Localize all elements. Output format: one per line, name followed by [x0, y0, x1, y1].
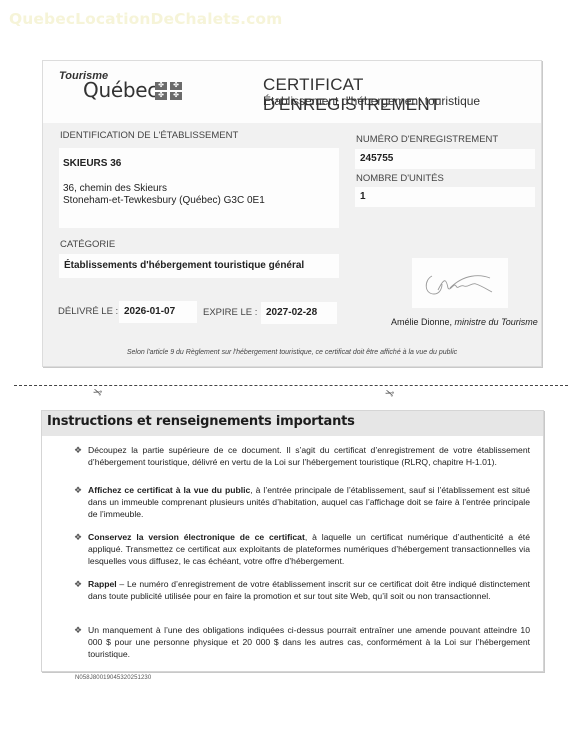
registration-number: 245755	[355, 149, 535, 169]
bullet-icon: ❖	[74, 444, 82, 456]
fleur-de-lis-flag-icon: ✤ ✤ ✤ ✤	[155, 82, 182, 100]
document-code: N058J80019045320251230	[75, 675, 151, 681]
scissors-icon: ✂	[91, 384, 104, 399]
instruction-text: – Le numéro d’enregistrement de votre ét…	[88, 579, 530, 601]
category-label: CATÉGORIE	[60, 239, 115, 250]
bullet-icon: ❖	[74, 531, 82, 543]
instruction-item: ❖ Conservez la version électronique de c…	[74, 531, 530, 568]
signature-icon	[420, 264, 500, 302]
watermark: QuebecLocationDeChalets.com	[9, 10, 282, 28]
expires-date: 2027-02-28	[261, 302, 337, 324]
signature	[412, 258, 508, 308]
fleur-de-lis-icon: ✤	[155, 92, 167, 100]
identification-field: SKIEURS 36 36, chemin des Skieurs Stoneh…	[59, 148, 339, 228]
signer-title: ministre du Tourisme	[455, 317, 538, 327]
bullet-icon: ❖	[74, 578, 82, 590]
instruction-emphasis: Affichez ce certificat à la vue du publi…	[88, 485, 250, 495]
issued-date: 2026-01-07	[119, 301, 197, 323]
address-line-2: Stoneham-et-Tewkesbury (Québec) G3C 0E1	[63, 195, 265, 206]
expires-label: EXPIRE LE :	[203, 307, 257, 318]
instructions-title: Instructions et renseignements important…	[47, 414, 355, 429]
units-label: NOMBRE D'UNITÉS	[356, 173, 444, 184]
registration-certificate: Tourisme Québec ✤ ✤ ✤ ✤ CERTIFICAT D'ENR…	[42, 60, 542, 367]
instruction-text: Un manquement à l’une des obligations in…	[88, 625, 530, 659]
instruction-emphasis: Conservez la version électronique de ce …	[88, 532, 305, 542]
instructions-panel: Instructions et renseignements important…	[41, 410, 544, 672]
instruction-item: ❖ Un manquement à l’une des obligations …	[74, 624, 530, 661]
instruction-item: ❖ Affichez ce certificat à la vue du pub…	[74, 484, 530, 521]
instruction-item: ❖ Découpez la partie supérieure de ce do…	[74, 444, 530, 468]
fleur-de-lis-icon: ✤	[170, 92, 182, 100]
signer: Amélie Dionne, ministre du Tourisme	[391, 317, 538, 327]
bullet-icon: ❖	[74, 484, 82, 496]
display-requirement-note: Selon l'article 9 du Règlement sur l'héb…	[43, 349, 541, 356]
category-value: Établissements d'hébergement touristique…	[59, 254, 339, 278]
fleur-de-lis-icon: ✤	[155, 82, 167, 90]
issued-label: DÉLIVRÉ LE :	[58, 306, 118, 317]
units-value: 1	[355, 187, 535, 207]
bullet-icon: ❖	[74, 624, 82, 636]
certificate-header: Tourisme Québec ✤ ✤ ✤ ✤ CERTIFICAT D'ENR…	[43, 61, 541, 123]
instruction-text: Découpez la partie supérieure de ce docu…	[88, 445, 530, 467]
fleur-de-lis-icon: ✤	[170, 82, 182, 90]
scissors-icon: ✂	[383, 385, 396, 400]
signer-name: Amélie Dionne,	[391, 317, 452, 327]
identification-label: IDENTIFICATION DE L'ÉTABLISSEMENT	[60, 130, 238, 141]
establishment-name: SKIEURS 36	[63, 158, 121, 169]
certificate-subtitle: Établissement d'hébergement touristique	[263, 94, 480, 108]
address-line-1: 36, chemin des Skieurs	[63, 183, 167, 194]
instruction-emphasis: Rappel	[88, 579, 117, 589]
logo-quebec-text: Québec	[83, 78, 158, 102]
instructions-header: Instructions et renseignements important…	[42, 411, 543, 436]
instruction-item: ❖ Rappel – Le numéro d’enregistrement de…	[74, 578, 530, 602]
registration-number-label: NUMÉRO D'ENREGISTREMENT	[356, 134, 498, 145]
